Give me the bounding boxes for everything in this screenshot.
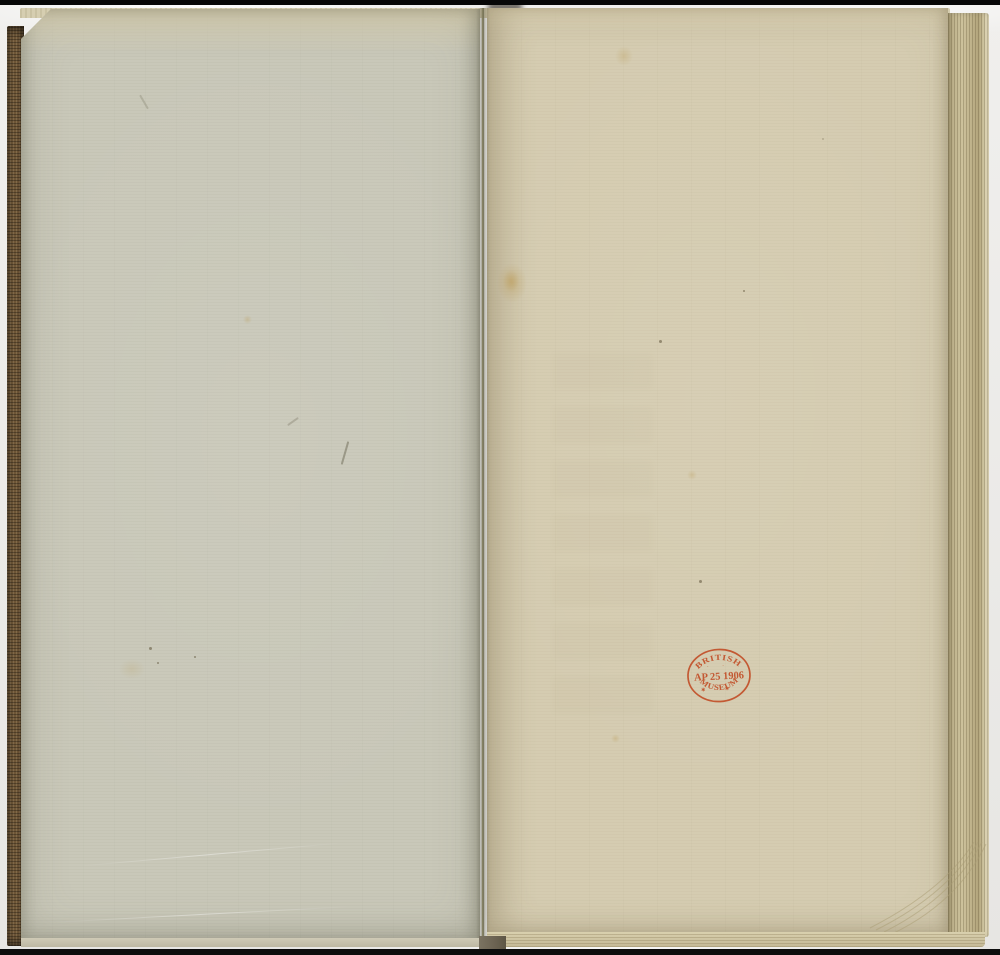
foxing-stain <box>687 470 697 480</box>
foxing-stain <box>119 659 145 679</box>
page-bottom-edge-left <box>21 938 480 947</box>
page-bottom-edges-right <box>487 932 985 947</box>
right-page <box>487 8 948 937</box>
bottom-black-bar <box>0 949 1000 955</box>
page-corner-curves <box>862 842 988 942</box>
british-museum-stamp: BRITISH MUSEUM AP 25 1906 · · ✱ ✱ <box>682 643 755 709</box>
page-wrinkle <box>51 906 351 923</box>
paper-speck <box>194 656 196 658</box>
foxing-stain <box>503 270 519 292</box>
left-page <box>21 9 480 942</box>
book-scan-photo: BRITISH MUSEUM AP 25 1906 · · ✱ ✱ <box>0 0 1000 955</box>
fore-edge-page-stack <box>948 13 989 937</box>
paper-fiber <box>139 95 149 110</box>
paper-speck <box>822 138 824 140</box>
paper-speck <box>743 290 745 292</box>
foxing-stain <box>615 46 633 66</box>
foxing-stain <box>243 315 252 324</box>
paper-fiber <box>287 417 299 426</box>
paper-speck <box>659 340 662 343</box>
page-wrinkle <box>81 843 340 867</box>
ink-bleed-through <box>553 338 653 713</box>
stamp-ornament-top: · · <box>707 663 730 670</box>
foxing-stain <box>611 734 620 743</box>
top-black-bar <box>0 0 1000 5</box>
paper-speck <box>699 580 702 583</box>
paper-speck <box>157 662 159 664</box>
stamp-ornament-bottom: ✱ ✱ <box>701 686 738 694</box>
paper-speck <box>149 647 152 650</box>
gutter-shadow <box>476 8 490 942</box>
paper-fiber <box>341 441 350 465</box>
